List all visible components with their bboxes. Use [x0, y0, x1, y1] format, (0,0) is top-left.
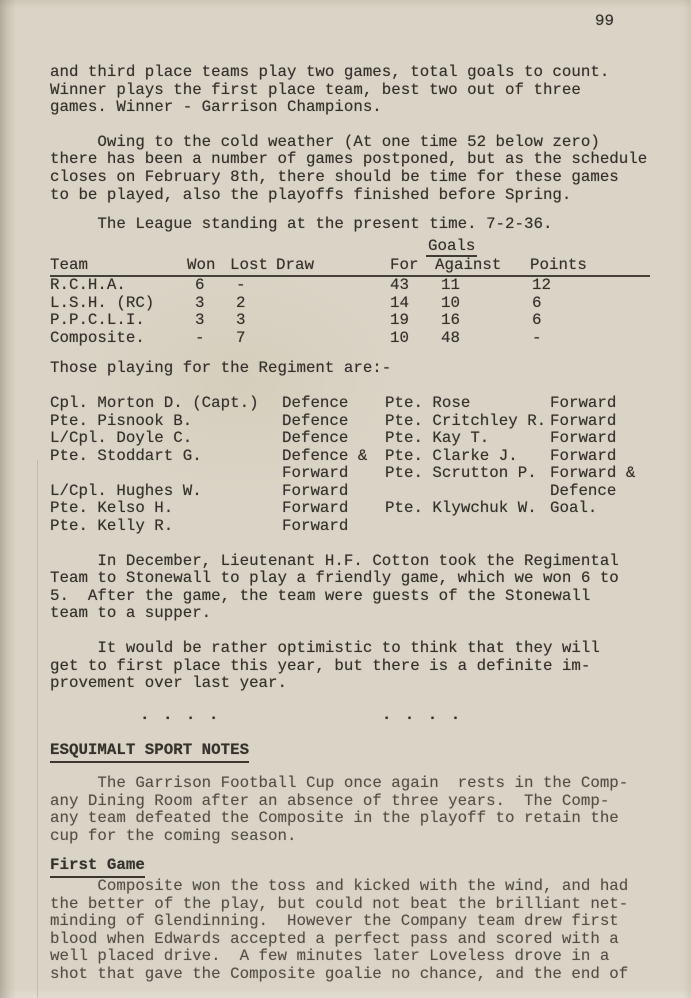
page-content: and third place teams play two games, to…: [50, 64, 650, 984]
player-position: Forward: [550, 448, 640, 466]
cell-points: 12: [530, 277, 590, 295]
player-name: Pte. Clarke J.: [385, 448, 550, 466]
player-name: Pte. Rose: [385, 395, 550, 413]
cell-points: 6: [530, 295, 590, 313]
table-row: Composite. - 7 10 48 -: [50, 330, 650, 348]
separator-dots: . . . .: [140, 706, 220, 724]
player-name: L/Cpl. Hughes W.: [50, 483, 282, 501]
list-item: L/Cpl. Hughes W. Forward Defence: [50, 483, 650, 501]
cell-won: -: [187, 330, 230, 348]
section-separator: . . . . . . . .: [50, 707, 650, 725]
cell-draw: [276, 277, 390, 295]
player-position: Forward: [282, 465, 385, 483]
paragraph-first-game: Composite won the toss and kicked with t…: [50, 878, 650, 984]
header-lost: Lost: [230, 257, 276, 275]
cell-lost: 2: [230, 295, 276, 313]
player-name: Pte. Pisnook B.: [50, 413, 282, 431]
cell-for: 43: [390, 277, 435, 295]
cell-for: 19: [390, 312, 435, 330]
player-name: Pte. Kay T.: [385, 430, 550, 448]
player-position: Forward: [550, 430, 640, 448]
player-name: [385, 518, 550, 536]
player-name: Pte. Klywchuk W.: [385, 500, 550, 518]
cell-team: L.S.H. (RC): [50, 295, 187, 313]
player-position: Goal.: [550, 500, 640, 518]
standings-header-row: Team Won Lost Draw For Against Points: [50, 257, 650, 277]
cell-draw: [276, 295, 390, 313]
roster-intro: Those playing for the Regiment are:-: [50, 360, 650, 378]
player-position: [550, 518, 640, 536]
player-position: Forward: [282, 483, 385, 501]
list-item: Forward Pte. Scrutton P. Forward &: [50, 465, 650, 483]
list-item: Pte. Kelly R. Forward: [50, 518, 650, 536]
list-item: Pte. Kelso H. Forward Pte. Klywchuk W. G…: [50, 500, 650, 518]
cell-against: 16: [435, 312, 530, 330]
cell-lost: -: [230, 277, 276, 295]
player-name: Cpl. Morton D. (Capt.): [50, 395, 282, 413]
player-position: Forward: [550, 395, 640, 413]
player-name: Pte. Scrutton P.: [385, 465, 550, 483]
goals-header-row: Goals: [50, 238, 650, 258]
table-row: R.C.H.A. 6 - 43 11 12: [50, 277, 650, 295]
player-name: Pte. Kelly R.: [50, 518, 282, 536]
player-name: [50, 465, 282, 483]
player-name: [385, 483, 550, 501]
cell-for: 10: [390, 330, 435, 348]
league-standings-table: Goals Team Won Lost Draw For Against Poi…: [50, 238, 650, 348]
page-crease: [37, 460, 38, 998]
cell-draw: [276, 330, 390, 348]
paragraph-league-standing-intro: The League standing at the present time.…: [50, 216, 650, 234]
list-item: L/Cpl. Doyle C. Defence Pte. Kay T. Forw…: [50, 430, 650, 448]
section-heading-esquimalt: ESQUIMALT SPORT NOTES: [50, 742, 249, 763]
page-number: 99: [595, 13, 614, 31]
cell-against: 48: [435, 330, 530, 348]
esquimalt-section: ESQUIMALT SPORT NOTES: [50, 742, 650, 763]
player-position: Forward &: [550, 465, 640, 483]
cell-lost: 7: [230, 330, 276, 348]
paragraph-cold-weather: Owing to the cold weather (At one time 5…: [50, 134, 650, 204]
player-position: Defence: [282, 413, 385, 431]
header-draw: Draw: [276, 257, 390, 275]
paragraph-stonewall-game: In December, Lieutenant H.F. Cotton took…: [50, 553, 650, 623]
list-item: Pte. Pisnook B. Defence Pte. Critchley R…: [50, 413, 650, 431]
player-position: Defence: [282, 395, 385, 413]
player-position: Forward: [282, 518, 385, 536]
cell-team: P.P.C.L.I.: [50, 312, 187, 330]
player-name: Pte. Kelso H.: [50, 500, 282, 518]
cell-points: -: [530, 330, 590, 348]
cell-lost: 3: [230, 312, 276, 330]
player-position: Defence &: [282, 448, 385, 466]
cell-won: 3: [187, 295, 230, 313]
paragraph-garrison-cup: The Garrison Football Cup once again res…: [50, 775, 650, 845]
player-name: Pte. Stoddart G.: [50, 448, 282, 466]
document-page: 99 and third place teams play two games,…: [0, 0, 691, 998]
cell-won: 3: [187, 312, 230, 330]
cell-against: 11: [435, 277, 530, 295]
header-won: Won: [187, 257, 230, 275]
paragraph-optimistic: It would be rather optimistic to think t…: [50, 640, 650, 693]
header-points: Points: [530, 257, 590, 275]
cell-against: 10: [435, 295, 530, 313]
player-position: Defence: [282, 430, 385, 448]
player-name: L/Cpl. Doyle C.: [50, 430, 282, 448]
cell-team: R.C.H.A.: [50, 277, 187, 295]
cell-points: 6: [530, 312, 590, 330]
regiment-roster: Cpl. Morton D. (Capt.) Defence Pte. Rose…: [50, 395, 650, 536]
table-row: L.S.H. (RC) 3 2 14 10 6: [50, 295, 650, 313]
player-position: Forward: [282, 500, 385, 518]
paragraph-playoff-format: and third place teams play two games, to…: [50, 64, 650, 117]
player-position: Defence: [550, 483, 640, 501]
header-team: Team: [50, 257, 187, 275]
goals-column-group-header: Goals: [426, 238, 477, 258]
table-row: P.P.C.L.I. 3 3 19 16 6: [50, 312, 650, 330]
cell-team: Composite.: [50, 330, 187, 348]
header-for: For: [390, 257, 435, 275]
cell-for: 14: [390, 295, 435, 313]
cell-draw: [276, 312, 390, 330]
list-item: Pte. Stoddart G. Defence & Pte. Clarke J…: [50, 448, 650, 466]
header-against: Against: [435, 257, 530, 275]
separator-dots: . . . .: [382, 706, 462, 724]
cell-won: 6: [187, 277, 230, 295]
list-item: Cpl. Morton D. (Capt.) Defence Pte. Rose…: [50, 395, 650, 413]
first-game-section: First Game: [50, 857, 650, 878]
player-name: Pte. Critchley R.: [385, 413, 550, 431]
player-position: Forward: [550, 413, 640, 431]
section-heading-first-game: First Game: [50, 857, 145, 878]
